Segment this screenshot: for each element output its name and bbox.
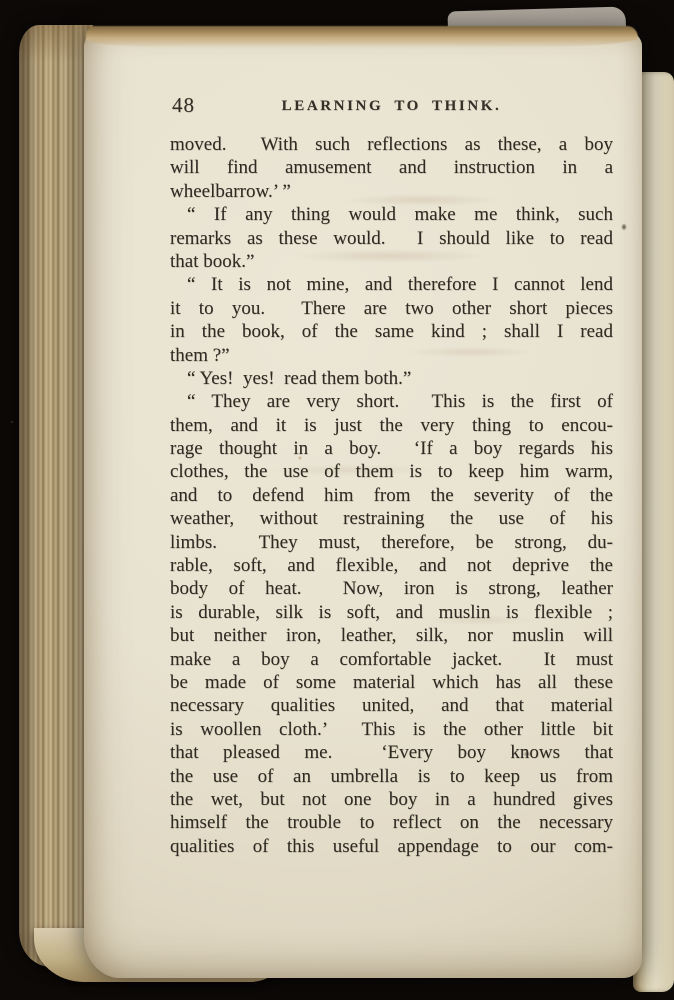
text-line: himself the trouble to reflect on the ne… [170,811,613,834]
text-line: qualities of this useful appendage to ou… [170,835,613,858]
text-line: and to defend him from the severity of t… [170,484,613,507]
page-edge-stack [19,25,93,967]
text-line: “ They are very short. This is the first… [170,390,613,413]
text-line: “ If any thing would make me think, such [170,203,613,226]
text-line: be made of some material which has all t… [170,671,613,694]
text-line: them ?” [170,344,613,367]
text-line: is woollen cloth.’ This is the other lit… [170,718,613,741]
text-line: body of heat. Now, iron is strong, leath… [170,577,613,600]
text-line: the wet, but not one boy in a hundred gi… [170,788,613,811]
text-line: remarks as these would. I should like to… [170,227,613,250]
text-line: that pleased me. ‘Every boy knows that [170,741,613,764]
page-body-text: moved. With such reflections as these, a… [170,133,613,858]
deckled-top-edge [86,26,638,48]
text-line: necessary qualities united, and that mat… [170,694,613,717]
text-line: rage thought in a boy. ‘If a boy regards… [170,437,613,460]
text-line: it to you. There are two other short pie… [170,297,613,320]
text-line: make a boy a comfortable jacket. It must [170,648,613,671]
text-line: them, and it is just the very thing to e… [170,414,613,437]
text-line: wheelbarrow.’ ” [170,180,613,203]
text-line: weather, without restraining the use of … [170,507,613,530]
text-line: will find amusement and instruction in a [170,156,613,179]
text-line: that book.” [170,250,613,273]
text-line: “ Yes! yes! read them both.” [170,367,613,390]
book-scan: 48 LEARNING TO THINK. moved. With such r… [0,0,674,1000]
text-line: but neither iron, leather, silk, nor mus… [170,624,613,647]
text-line: clothes, the use of them is to keep him … [170,460,613,483]
text-line: rable, soft, and flexible, and not depri… [170,554,613,577]
text-line: “ It is not mine, and therefore I cannot… [170,273,613,296]
text-line: moved. With such reflections as these, a… [170,133,613,156]
text-line: in the book, of the same kind ; shall I … [170,320,613,343]
text-line: limbs. They must, therefore, be strong, … [170,531,613,554]
text-line: is durable, silk is soft, and muslin is … [170,601,613,624]
text-line: the use of an umbrella is to keep us fro… [170,765,613,788]
running-header: LEARNING TO THINK. [170,98,613,115]
